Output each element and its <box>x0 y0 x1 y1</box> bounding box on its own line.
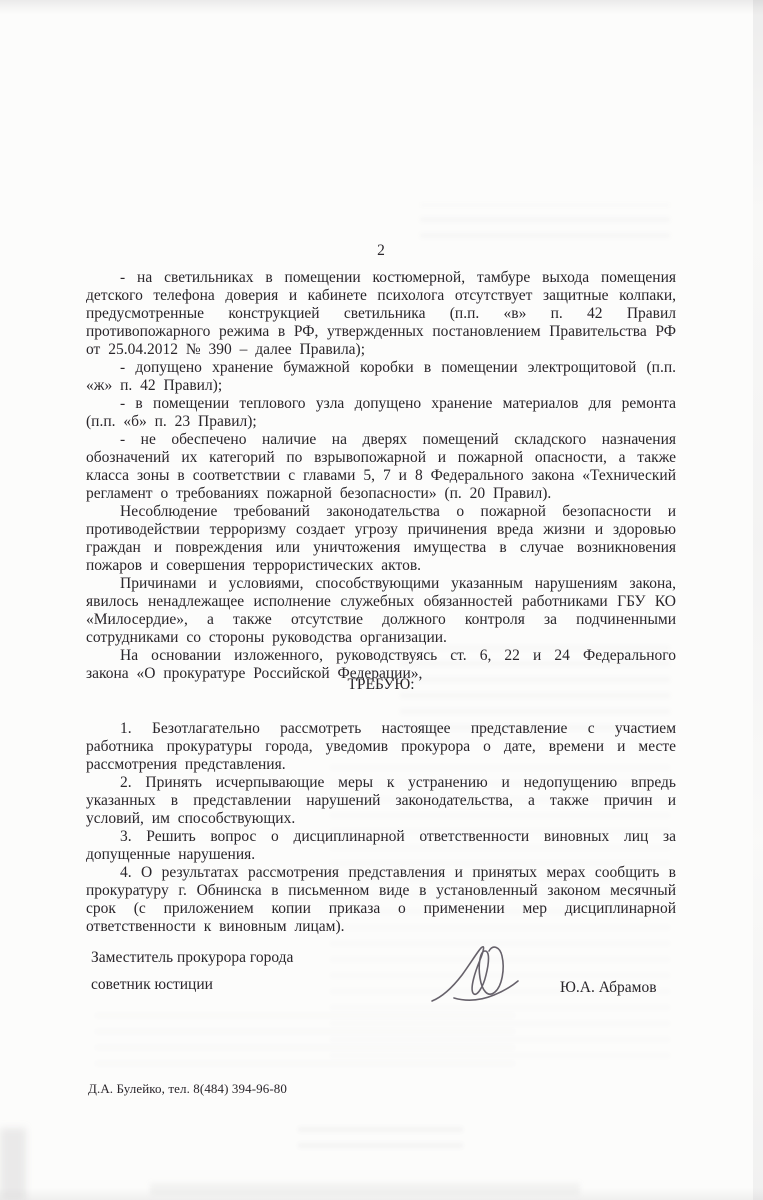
scan-artifact-corner <box>0 1128 26 1200</box>
bleed-through-ghost-text <box>298 1122 463 1148</box>
demand-item: 3. Решить вопрос о дисциплинарной ответс… <box>86 828 676 864</box>
demand-items: 1. Безотлагательно рассмотреть настоящее… <box>86 720 676 936</box>
scan-artifact-right-edge <box>753 0 763 1200</box>
signer-position-line2: советник юстиции <box>91 976 213 994</box>
findings-paragraphs: - на светильниках в помещении костюмерно… <box>86 269 676 683</box>
body-paragraph: - на светильниках в помещении костюмерно… <box>86 269 676 359</box>
scanned-document-page: 2 - на светильниках в помещении костюмер… <box>0 0 763 1200</box>
signature-block: Заместитель прокурора города советник юс… <box>86 948 676 1038</box>
demand-section: ТРЕБУЮ: 1. Безотлагательно рассмотреть н… <box>86 676 676 936</box>
handwritten-signature-icon <box>426 940 530 1012</box>
body-paragraph: Причинами и условиями, способствующими у… <box>86 575 676 647</box>
document-body: 2 - на светильниках в помещении костюмер… <box>86 242 676 683</box>
body-paragraph: - в помещении теплового узла допущено хр… <box>86 395 676 431</box>
page-number: 2 <box>86 242 676 260</box>
bleed-through-ghost-text <box>420 204 670 238</box>
body-paragraph: - не обеспечено наличие на дверях помеще… <box>86 431 676 503</box>
signer-name: Ю.А. Абрамов <box>560 979 657 997</box>
body-paragraph: - допущено хранение бумажной коробки в п… <box>86 359 676 395</box>
body-paragraph: Несоблюдение требований законодательства… <box>86 503 676 575</box>
demand-item: 2. Принять исчерпывающие меры к устранен… <box>86 774 676 828</box>
executor-contact: Д.А. Булейко, тел. 8(484) 394-96-80 <box>88 1081 287 1097</box>
demand-item: 4. О результатах рассмотрения представле… <box>86 864 676 936</box>
demand-heading: ТРЕБУЮ: <box>86 676 676 694</box>
signer-position-line1: Заместитель прокурора города <box>91 949 293 967</box>
scan-artifact-top-edge <box>0 0 763 15</box>
scan-artifact-smudge <box>150 1183 580 1195</box>
demand-item: 1. Безотлагательно рассмотреть настоящее… <box>86 720 676 774</box>
